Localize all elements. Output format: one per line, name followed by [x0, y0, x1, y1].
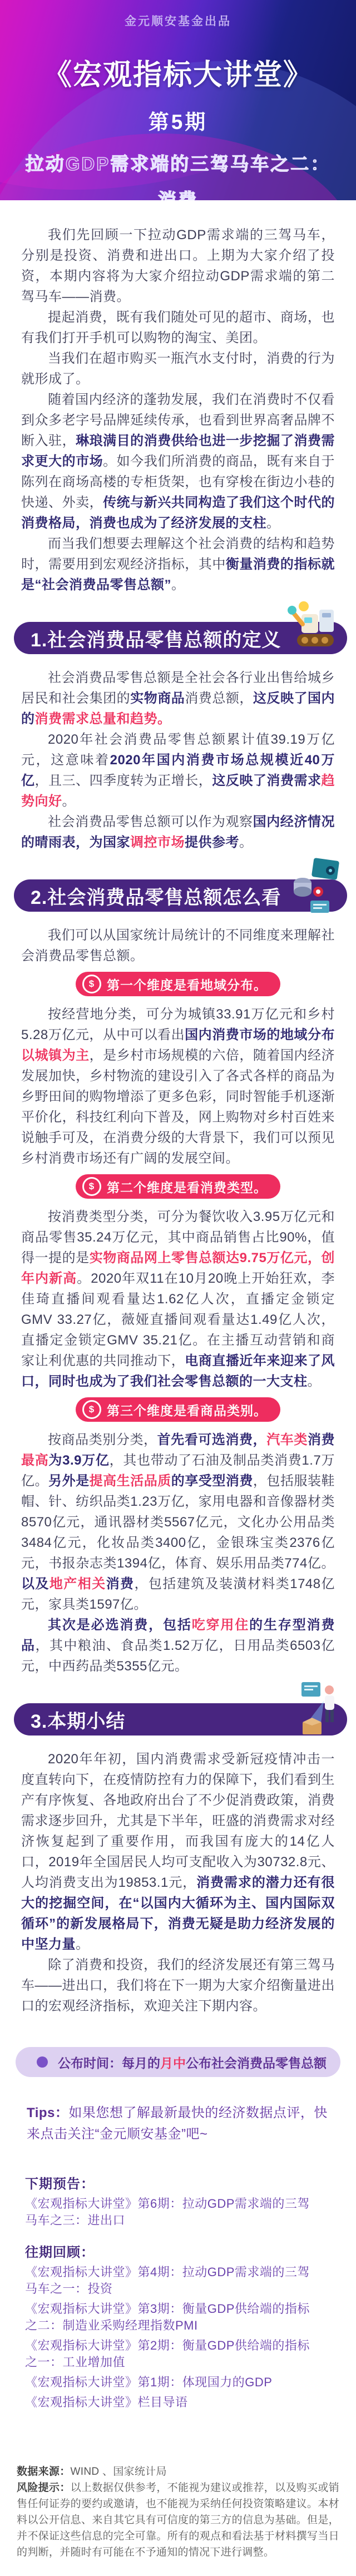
- section1-heading-pill: 1.社会消费品零售总额的定义: [14, 622, 347, 654]
- text-run: 。: [239, 835, 253, 850]
- text-run: 消费: [308, 1432, 335, 1447]
- text-run: 。: [171, 577, 185, 592]
- next-preview-list: 《宏观指标大讲堂》第6期：拉动GDP需求端的三驾马车之三：进出口: [25, 2196, 310, 2229]
- text-run: Tips：: [27, 2105, 68, 2120]
- text-run: 当我们在超市购买一瓶汽水支付时，消费的行为就形成了。: [21, 351, 335, 387]
- text-run: 其次是必选消费，包括: [48, 1618, 192, 1633]
- text-run: 实物商品: [130, 691, 185, 706]
- dimension1-label: 第一个维度是看地域分布。: [107, 975, 267, 993]
- episode-link[interactable]: 《宏观指标大讲堂》第4期：拉动GDP需求端的三驾马车之一：投资: [25, 2264, 310, 2297]
- text-run: 提供参考: [185, 835, 239, 850]
- text-run: 。: [157, 711, 171, 726]
- dimension3-paragraphs: 按商品类别分类，首先看可选消费，汽车类消费最高为3.9万亿，其也带动了石油及制品…: [21, 1430, 335, 1677]
- text-run: 。: [266, 516, 280, 531]
- text-run: 以城镇为主: [21, 1048, 90, 1063]
- person-scanning-box-illustration: [286, 1681, 342, 1739]
- text-run: ，是乡村市场规模的六倍，随着国内经济发展加快，乡村物流的建设引入了各式各样的商品…: [21, 1048, 335, 1166]
- text-run: 消费总额，: [185, 691, 253, 706]
- text-run: 提高生活品质: [90, 1474, 171, 1489]
- intro-paragraphs: 我们先回顾一下拉动GDP需求端的三驾马车，分别是投资、消费和进出口。上期为大家介…: [21, 225, 335, 595]
- paragraph: 2020年社会消费品零售总额累计值39.19万亿元，这意味着2020年国内消费市…: [21, 729, 335, 812]
- brand-line: 金元顺安基金出品: [0, 0, 356, 29]
- paragraph: 我们先回顾一下拉动GDP需求端的三驾马车，分别是投资、消费和进出口。上期为大家介…: [21, 225, 335, 307]
- section1-paragraphs: 社会消费品零售总额是全社会各行业出售给城乡居民和社会集团的实物商品消费总额，这反…: [21, 668, 335, 853]
- paragraph: 而当我们想要去理解这个社会消费的结构和趋势时，需要用到宏观经济指标，其中衡量消费…: [21, 533, 335, 595]
- section2-heading-pill: 2.社会消费品零售总额怎么看: [14, 879, 347, 912]
- text-run: 公布时间：每月的: [58, 2056, 160, 2070]
- text-run: 为3.9万亿: [48, 1453, 109, 1468]
- crane-machine-illustration: [286, 600, 342, 657]
- section1-heading: 1.社会消费品零售总额的定义: [31, 625, 281, 652]
- text-run: 这反映了消费需求: [212, 773, 321, 788]
- paragraph: 除了消费和投资，我们的经济发展还有第三驾马车——进出口，我们将在下一期为大家介绍…: [21, 1955, 335, 2016]
- dimension1-pill: $ 第一个维度是看地域分布。: [76, 972, 280, 996]
- text-run: 汽车类: [266, 1432, 308, 1447]
- page-title: 《宏观指标大讲堂》: [0, 51, 356, 93]
- text-run: 以及: [21, 1576, 50, 1591]
- next-preview-heading: 下期预告：: [25, 2173, 310, 2192]
- episode-number: 第5期: [0, 105, 356, 135]
- text-run: 月中: [160, 2056, 186, 2070]
- text-run: 。: [308, 1374, 322, 1389]
- subtitle-line1: 拉动GDP需求端的三驾马车之二：: [0, 150, 356, 176]
- dollar-circle-icon: $: [82, 975, 101, 993]
- tips-note: Tips：如果您想了解最新最快的经济数据点评，快来点击关注“金元顺安基金”吧~: [27, 2103, 335, 2145]
- text-run: 按商品类别分类，: [48, 1432, 157, 1447]
- text-run: 另外是: [48, 1474, 90, 1489]
- episode-link[interactable]: 《宏观指标大讲堂》第6期：拉动GDP需求端的三驾马车之三：进出口: [25, 2196, 310, 2229]
- publish-time-text: 公布时间：每月的月中公布社会消费品零售总额: [58, 2053, 327, 2071]
- dimension3-label: 第三个维度是看商品类别。: [107, 1401, 267, 1419]
- text-run: 消费: [106, 1576, 135, 1591]
- episode-link[interactable]: 《宏观指标大讲堂》第1期：体现国力的GDP: [25, 2374, 310, 2391]
- dimension2-label: 第二个维度是看消费类型。: [107, 1178, 267, 1196]
- machine-parts-illustration: [286, 857, 342, 915]
- dimension1-paragraphs: 按经营地分类，可分为城镇33.91万亿元和乡村5.28万亿元，从中可以看出国内消…: [21, 1004, 335, 1169]
- header-banner: 金元顺安基金出品 《宏观指标大讲堂》 第5期 拉动GDP需求端的三驾马车之二： …: [0, 0, 356, 200]
- paragraph: 社会消费品零售总额是全社会各行业出售给城乡居民和社会集团的实物商品消费总额，这反…: [21, 668, 335, 729]
- section3-paragraphs: 2020年年初，国内消费需求受新冠疫情冲击一度直转向下，在疫情防控有力的保障下，…: [21, 1749, 335, 2016]
- dimension2-paragraphs: 按消费类型分类，可分为餐饮收入3.95万亿元和商品零售35.24万亿元，其中商品…: [21, 1207, 335, 1392]
- paragraph: 按经营地分类，可分为城镇33.91万亿元和乡村5.28万亿元，从中可以看出国内消…: [21, 1004, 335, 1169]
- article-body: 我们先回顾一下拉动GDP需求端的三驾马车，分别是投资、消费和进出口。上期为大家介…: [0, 200, 356, 2576]
- text-run: 。: [62, 794, 76, 809]
- text-run: 调控市场: [130, 835, 185, 850]
- paragraph: 我们可以从国家统计局统计的不同维度来理解社会消费品零售总额。: [21, 925, 335, 966]
- section2-heading: 2.社会消费品零售总额怎么看: [31, 882, 281, 909]
- paragraph: 2020年年初，国内消费需求受新冠疫情冲击一度直转向下，在疫情防控有力的保障下，…: [21, 1749, 335, 1955]
- episode-link[interactable]: 《宏观指标大讲堂》栏目导语: [25, 2394, 310, 2411]
- past-review-list: 《宏观指标大讲堂》第4期：拉动GDP需求端的三驾马车之一：投资《宏观指标大讲堂》…: [25, 2264, 310, 2411]
- paragraph: 随着国内经济的蓬勃发展，我们在消费时不仅看到众多老字号品牌延续传承，也看到世界高…: [21, 389, 335, 533]
- text-run: 吃穿用住: [192, 1618, 249, 1633]
- text-run: 社会消费品零售总额可以作为观察: [48, 814, 253, 829]
- section2-lead: 我们可以从国家统计局统计的不同维度来理解社会消费品零售总额。: [21, 925, 335, 966]
- text-run: 我们可以从国家统计局统计的不同维度来理解社会消费品零售总额。: [21, 928, 335, 963]
- paragraph: 社会消费品零售总额可以作为观察国内经济情况的晴雨表，为国家调控市场提供参考。: [21, 812, 335, 853]
- text-run: 地产相关: [50, 1576, 106, 1591]
- dollar-circle-icon: $: [82, 1400, 101, 1419]
- text-run: 的享受型消费: [171, 1474, 253, 1489]
- paragraph: 其次是必选消费，包括吃穿用住的生存型消费品，其中粮油、食品类1.52万亿，日用品…: [21, 1615, 335, 1677]
- text-run: 除了消费和投资，我们的经济发展还有第三驾马车——进出口，我们将在下一期为大家介绍…: [21, 1957, 335, 2014]
- text-run: 如果您想了解最新最快的经济数据点评，快来点击关注“金元顺安基金”吧~: [27, 2105, 328, 2142]
- paragraph: 当我们在超市购买一瓶汽水支付时，消费的行为就形成了。: [21, 348, 335, 389]
- past-review-heading: 往期回顾：: [25, 2241, 310, 2261]
- text-run: 公布社会消费品零售总额: [186, 2056, 327, 2070]
- text-run: 最高: [21, 1453, 48, 1468]
- paragraph: 按消费类型分类，可分为餐饮收入3.95万亿元和商品零售35.24万亿元，其中商品…: [21, 1207, 335, 1392]
- text-run: 消费需求总量和趋势: [35, 711, 158, 726]
- risk-warning: 风险提示：以上数据仅供参考，不能视为建议或推荐，以及购买或销售任何证券的要约或邀…: [17, 2480, 339, 2560]
- text-run: 首先看可选消费，: [157, 1432, 267, 1447]
- text-run: 。: [76, 1937, 90, 1952]
- publish-time-box: 公布时间：每月的月中公布社会消费品零售总额: [16, 2047, 340, 2077]
- section3-heading: 3.本期小结: [31, 1706, 125, 1733]
- bullet-dot-icon: [37, 2056, 48, 2068]
- article-poster: 金元顺安基金出品 《宏观指标大讲堂》 第5期 拉动GDP需求端的三驾马车之二： …: [0, 0, 356, 2576]
- data-source-line: 数据来源：WIND 、国家统计局: [17, 2464, 339, 2480]
- text-run: 提起消费，既有我们随处可见的超市、商场，也有我们打开手机可以购物的淘宝、美团。: [21, 310, 335, 345]
- paragraph: 按商品类别分类，首先看可选消费，汽车类消费最高为3.9万亿，其也带动了石油及制品…: [21, 1430, 335, 1615]
- text-run: WIND 、国家统计局: [71, 2466, 167, 2478]
- text-run: ，其中粮油、食品类1.52万亿，日用品类6503亿元，中西药品类5355亿元。: [21, 1638, 335, 1674]
- footer-disclaimer: 数据来源：WIND 、国家统计局 风险提示：以上数据仅供参考，不能视为建议或推荐…: [17, 2464, 339, 2576]
- dollar-circle-icon: $: [82, 1177, 101, 1196]
- episode-link[interactable]: 《宏观指标大讲堂》第3期：衡量GDP供给端的指标之二：制造业采购经理指数PMI: [25, 2301, 310, 2334]
- dimension3-pill: $ 第三个维度是看商品类别。: [76, 1397, 280, 1422]
- section3-heading-pill: 3.本期小结: [14, 1703, 347, 1736]
- dimension2-pill: $ 第二个维度是看消费类型。: [76, 1174, 280, 1199]
- paragraph: 提起消费，既有我们随处可见的超市、商场，也有我们打开手机可以购物的淘宝、美团。: [21, 307, 335, 348]
- text-run: 国内消费市场的地域分布: [185, 1027, 335, 1042]
- text-run: 2020年年初，国内消费需求受新冠疫情冲击一度直转向下，在疫情防控有力的保障下，…: [21, 1752, 335, 1890]
- text-run: 数据来源：: [17, 2466, 71, 2478]
- text-run: 我们先回顾一下拉动GDP需求端的三驾马车，分别是投资、消费和进出口。上期为大家介…: [21, 228, 335, 304]
- subtitle-line2: 消费: [0, 186, 356, 200]
- episode-link[interactable]: 《宏观指标大讲堂》第2期：衡量GDP供给端的指标之一：工业增加值: [25, 2337, 310, 2371]
- text-run: 风险提示：: [17, 2482, 71, 2494]
- next-preview-block: 下期预告： 《宏观指标大讲堂》第6期：拉动GDP需求端的三驾马车之三：进出口 往…: [25, 2173, 310, 2411]
- text-run: ，且三、四季度转为正增长，: [35, 773, 212, 788]
